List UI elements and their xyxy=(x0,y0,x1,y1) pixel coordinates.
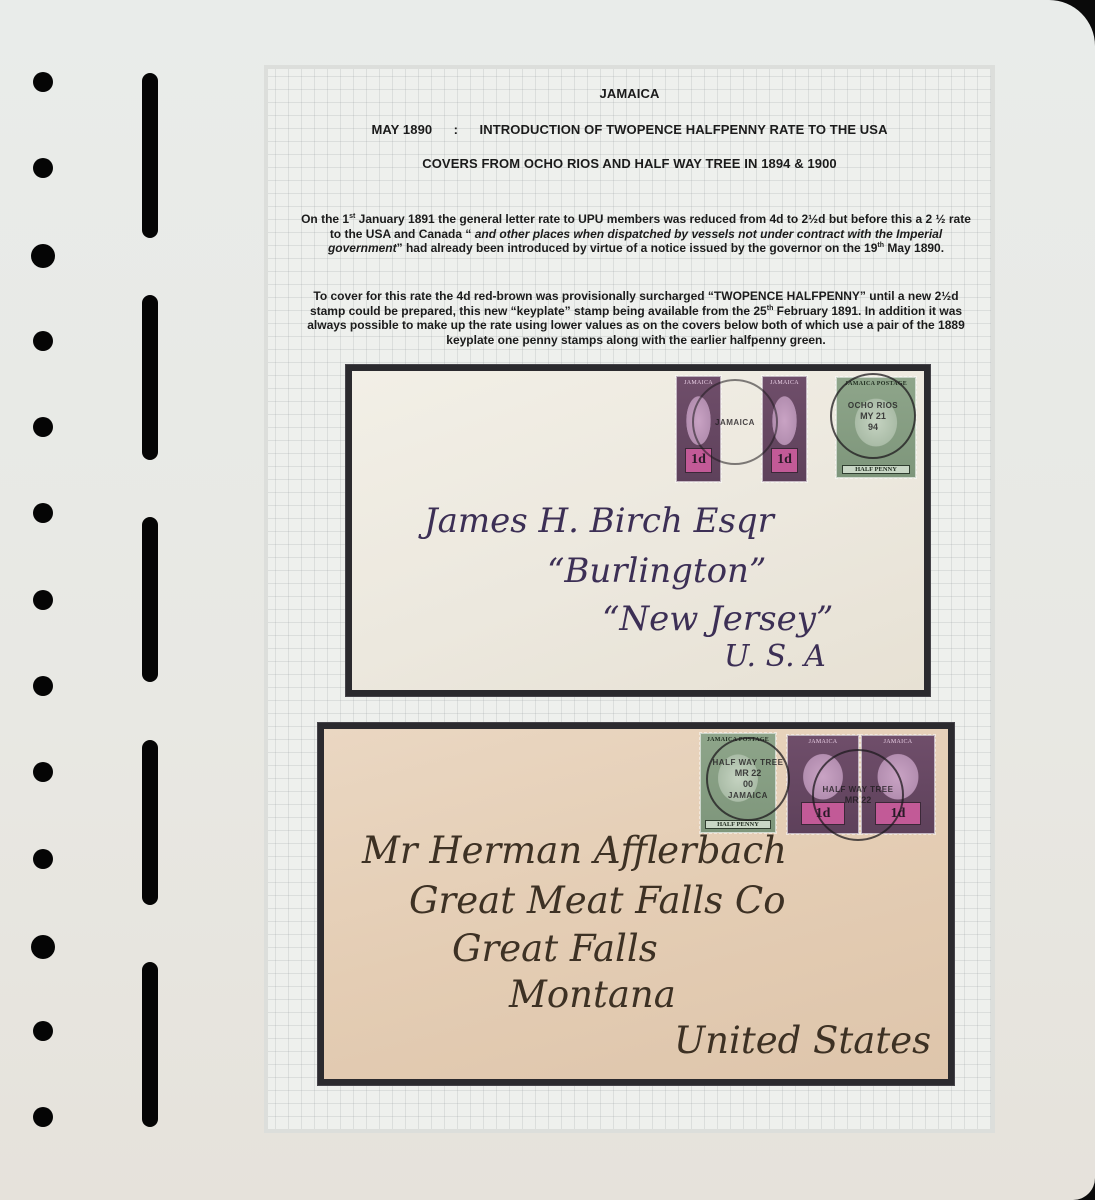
stamp-value: HALF PENNY xyxy=(842,465,911,474)
page-title: JAMAICA xyxy=(264,86,995,101)
page-subtitle: MAY 1890 : INTRODUCTION OF TWOPENCE HALF… xyxy=(264,122,995,137)
postmark-half-way-tree: HALF WAY TREE MR 22 xyxy=(812,749,904,841)
subtitle-topic: INTRODUCTION OF TWOPENCE HALFPENNY RATE … xyxy=(480,122,888,137)
binder-slot xyxy=(142,740,158,905)
binder-slot xyxy=(142,517,158,682)
subtitle-date: MAY 1890 xyxy=(371,122,432,137)
subtitle-separator: : xyxy=(454,122,458,137)
punch-hole xyxy=(33,1107,53,1127)
punch-hole xyxy=(33,417,53,437)
text: On the 1 xyxy=(301,212,349,226)
address-line: Great Falls xyxy=(452,927,658,970)
address-line: “Burlington” xyxy=(547,551,766,591)
punch-hole xyxy=(33,849,53,869)
punch-hole xyxy=(31,244,55,268)
postmark-country: JAMAICA xyxy=(728,790,768,801)
punch-hole xyxy=(31,935,55,959)
postmark-ocho-rios: OCHO RIOS MY 21 94 xyxy=(830,373,916,459)
cover-ocho-rios: JAMAICA 1d JAMAICA 1d JAMAICA POSTAGE HA… xyxy=(346,365,930,696)
envelope: JAMAICA POSTAGE HALF PENNY JAMAICA 1d JA… xyxy=(324,729,948,1079)
address-line: Montana xyxy=(509,973,676,1016)
postmark-town: HALF WAY TREE xyxy=(823,784,894,795)
punch-hole xyxy=(33,331,53,351)
postmark-year: 00 xyxy=(743,779,753,790)
punch-hole xyxy=(33,676,53,696)
stamp-value: 1d xyxy=(771,448,799,473)
postmark-partial: JAMAICA xyxy=(692,379,778,465)
address-line: Mr Herman Afflerbach xyxy=(362,829,787,872)
binder-slot xyxy=(142,962,158,1127)
rate-paragraph: To cover for this rate the 4d red-brown … xyxy=(300,289,972,347)
postmark-half-way-tree: HALF WAY TREE MR 22 00 JAMAICA xyxy=(706,737,790,821)
address-line: “New Jersey” xyxy=(602,599,833,639)
address-line: James H. Birch Esqr xyxy=(424,501,774,541)
postmark-date: MR 22 xyxy=(845,795,872,806)
envelope: JAMAICA 1d JAMAICA 1d JAMAICA POSTAGE HA… xyxy=(352,371,924,690)
address-line: United States xyxy=(674,1019,931,1062)
stamp-value: HALF PENNY xyxy=(705,820,770,829)
album-page: JAMAICA MAY 1890 : INTRODUCTION OF TWOPE… xyxy=(0,0,1095,1200)
punch-hole xyxy=(33,503,53,523)
postmark-country: JAMAICA xyxy=(715,417,755,428)
intro-paragraph: On the 1st January 1891 the general lett… xyxy=(300,212,972,256)
punch-hole xyxy=(33,158,53,178)
punch-hole xyxy=(33,72,53,92)
stamp-country: JAMAICA xyxy=(765,380,805,386)
postmark-date: MY 21 xyxy=(860,411,886,422)
cover-half-way-tree: JAMAICA POSTAGE HALF PENNY JAMAICA 1d JA… xyxy=(318,723,954,1085)
punch-hole xyxy=(33,762,53,782)
text: May 1890. xyxy=(884,241,944,255)
postmark-date: MR 22 xyxy=(735,768,762,779)
punch-hole xyxy=(33,590,53,610)
binder-slot xyxy=(142,73,158,238)
sub-heading: COVERS FROM OCHO RIOS AND HALF WAY TREE … xyxy=(264,156,995,171)
text: ” had already been introduced by virtue … xyxy=(397,241,878,255)
stamp-country: JAMAICA xyxy=(791,739,855,745)
postmark-town: OCHO RIOS xyxy=(848,400,898,411)
address-line: U. S. A xyxy=(724,639,826,674)
stamp-country: JAMAICA xyxy=(865,739,931,745)
postmark-town: HALF WAY TREE xyxy=(713,757,784,768)
punch-hole xyxy=(33,1021,53,1041)
address-line: Great Meat Falls Co xyxy=(409,879,786,922)
postmark-year: 94 xyxy=(868,422,878,433)
binder-slot xyxy=(142,295,158,460)
